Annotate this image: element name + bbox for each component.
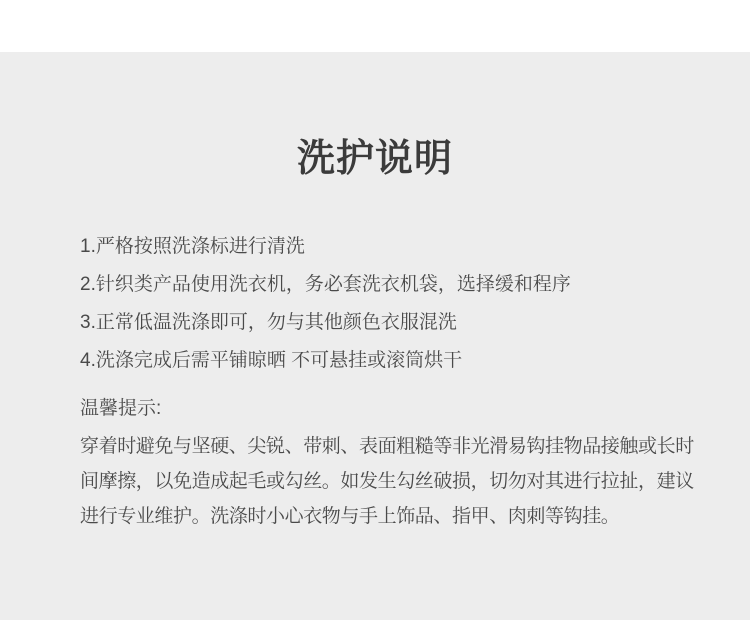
page-top-spacer [0, 0, 750, 52]
wash-instruction-item: 4.洗涤完成后需平铺晾晒 不可悬挂或滚筒烘干 [80, 342, 688, 380]
tips-line: 进行专业维护。洗涤时小心衣物与手上饰品、指甲、肉刺等钩挂。 [80, 499, 688, 534]
tips-title: 温馨提示: [80, 399, 688, 418]
care-instructions-section: 洗护说明 1.严格按照洗涤标进行清洗 2.针织类产品使用洗衣机，务必套洗衣机袋，… [0, 52, 750, 620]
tips-line: 穿着时避免与坚硬、尖锐、带刺、表面粗糙等非光滑易钩挂物品接触或长时 [80, 429, 688, 464]
wash-instruction-item: 3.正常低温洗涤即可，勿与其他颜色衣服混洗 [80, 304, 688, 342]
wash-instruction-list: 1.严格按照洗涤标进行清洗 2.针织类产品使用洗衣机，务必套洗衣机袋，选择缓和程… [80, 228, 688, 380]
tips-paragraph: 穿着时避免与坚硬、尖锐、带刺、表面粗糙等非光滑易钩挂物品接触或长时 间摩擦，以免… [80, 429, 688, 534]
tips-line: 间摩擦，以免造成起毛或勾丝。如发生勾丝破损，切勿对其进行拉扯，建议 [80, 464, 688, 499]
product-detail-page: 洗护说明 1.严格按照洗涤标进行清洗 2.针织类产品使用洗衣机，务必套洗衣机袋，… [0, 0, 750, 620]
section-title: 洗护说明 [0, 140, 750, 178]
wash-instruction-item: 2.针织类产品使用洗衣机，务必套洗衣机袋，选择缓和程序 [80, 266, 688, 304]
wash-instruction-item: 1.严格按照洗涤标进行清洗 [80, 228, 688, 266]
